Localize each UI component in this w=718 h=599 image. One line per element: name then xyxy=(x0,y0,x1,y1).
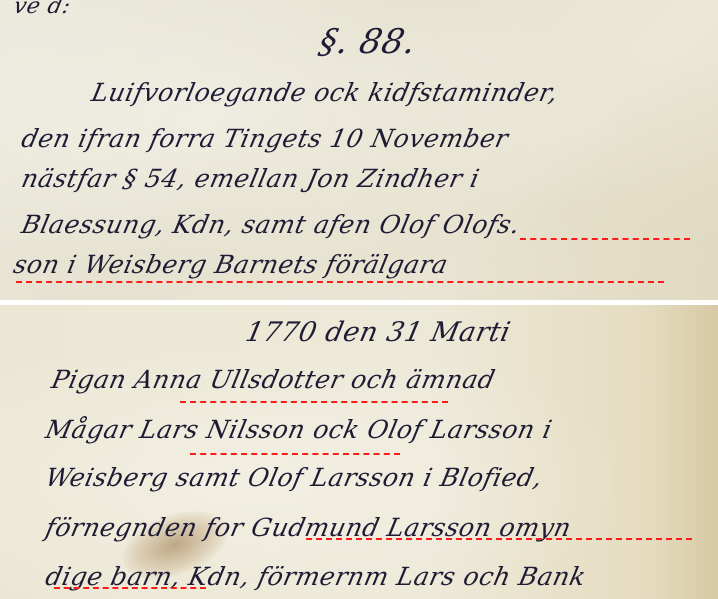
document-panel-bottom: 1770 den 31 Marti Pigan Anna Ullsdotter … xyxy=(0,305,718,599)
text-line-1: Pigan Anna Ullsdotter och ämnad xyxy=(49,365,498,394)
name-highlight xyxy=(54,587,206,589)
name-highlight xyxy=(190,453,400,455)
date-heading: 1770 den 31 Marti xyxy=(243,317,514,348)
text-line-2: den ifran forra Tingets 10 November xyxy=(19,124,511,153)
text-line-3: Weisberg samt Olof Larsson i Blofied, xyxy=(43,463,545,492)
text-line-5: son i Weisberg Barnets förälgara xyxy=(11,250,451,279)
name-highlight xyxy=(16,281,664,283)
name-highlight xyxy=(180,401,448,403)
section-heading: §. 88. xyxy=(316,22,420,62)
name-highlight xyxy=(306,538,692,540)
corner-text: ve d: xyxy=(11,0,73,19)
name-highlight xyxy=(520,238,690,240)
text-line-1: Luifvorloegande ock kidfstaminder, xyxy=(89,78,561,107)
text-line-2: Mågar Lars Nilsson ock Olof Larsson i xyxy=(43,415,555,444)
document-panel-top: ve d: §. 88. Luifvorloegande ock kidfsta… xyxy=(0,0,718,300)
text-line-4: Blaessung, Kdn, samt afen Olof Olofs. xyxy=(19,210,523,239)
text-line-3: nästfar § 54, emellan Jon Zindher i xyxy=(19,164,482,193)
